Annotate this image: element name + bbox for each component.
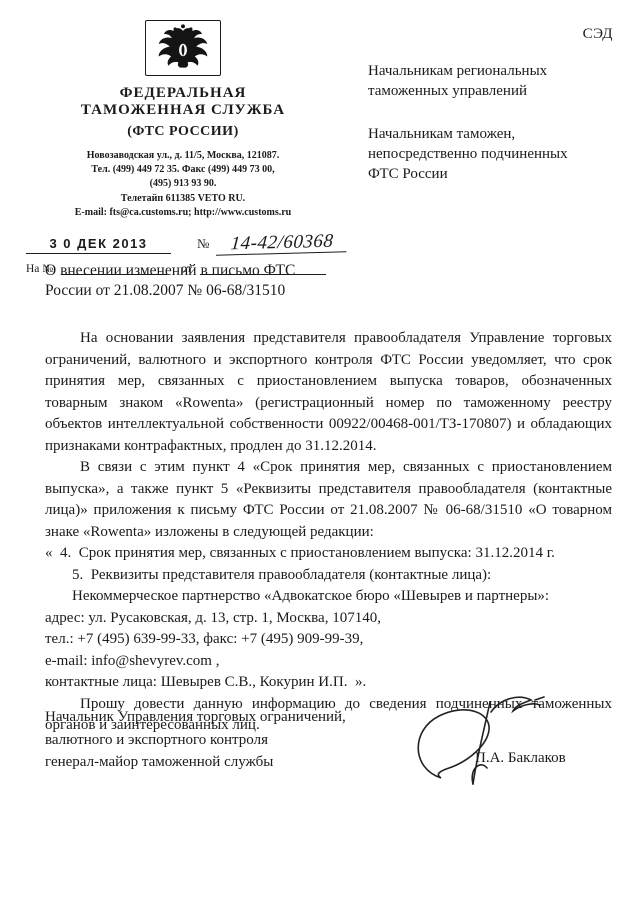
subject: О внесении изменений в письмо ФТС России… — [45, 261, 395, 302]
signature-block: Начальник Управления торговых ограничени… — [45, 706, 612, 806]
date-stamp: 3 0 ДЕК 2013 — [26, 236, 171, 254]
coat-of-arms-icon — [152, 23, 214, 74]
handwritten-signature-icon — [407, 688, 577, 798]
org-name-line2: ТАМОЖЕННАЯ СЛУЖБА — [18, 102, 348, 119]
signature-area: П.А. Баклаков — [417, 706, 612, 806]
org-abbrev: (ФТС РОССИИ) — [18, 124, 348, 140]
sed-marker: СЭД — [368, 26, 613, 43]
body-paragraph-1: На основании заявления представителя пра… — [45, 328, 612, 457]
addressee-second-line3: ФТС России — [368, 165, 613, 185]
reference-row: 3 0 ДЕК 2013 № 14-42/60368 — [18, 233, 348, 254]
rightsholder-representative: Некоммерческое партнерство «Адвокатское … — [45, 586, 612, 608]
addressee-second: Начальникам таможен, непосредственно под… — [368, 125, 613, 185]
org-phone-fax: Тел. (499) 449 72 35. Факс (499) 449 73 … — [18, 163, 348, 177]
org-teletype: Телетайп 611385 VETO RU. — [18, 192, 348, 206]
representative-phone-fax: тел.: +7 (495) 639-99-33, факс: +7 (495)… — [45, 629, 612, 651]
representative-email: e-mail: info@shevyrev.com , — [45, 651, 612, 673]
addressee-second-line2: непосредственно подчиненных — [368, 145, 613, 165]
addressee-column: СЭД Начальникам региональных таможенных … — [368, 26, 613, 185]
addressee-first: Начальникам региональных таможенных упра… — [368, 62, 613, 102]
scanned-letter-page: ФЕДЕРАЛЬНАЯ ТАМОЖЕННАЯ СЛУЖБА (ФТС РОССИ… — [0, 0, 640, 905]
addressee-second-line1: Начальникам таможен, — [368, 125, 613, 145]
letter-body: На основании заявления представителя пра… — [45, 328, 612, 737]
org-postal-address: Новозаводская ул., д. 11/5, Москва, 1210… — [18, 149, 348, 163]
subject-line1: О внесении изменений в письмо ФТС — [45, 261, 395, 281]
signer-position-line2: валютного и экспортного контроля — [45, 729, 346, 752]
number-sign: № — [197, 236, 209, 254]
addressee-first-line1: Начальникам региональных — [368, 62, 613, 82]
org-phone2: (495) 913 93 90. — [18, 177, 348, 191]
signer-position: Начальник Управления торговых ограничени… — [45, 706, 346, 806]
coat-of-arms-box — [145, 20, 221, 76]
org-name-line1: ФЕДЕРАЛЬНАЯ — [18, 85, 348, 102]
signer-position-line3: генерал-майор таможенной службы — [45, 751, 346, 774]
body-paragraph-2: В связи с этим пункт 4 «Срок принятия ме… — [45, 457, 612, 543]
representative-address: адрес: ул. Русаковская, д. 13, стр. 1, М… — [45, 608, 612, 630]
subject-line2: России от 21.08.2007 № 06-68/31510 — [45, 281, 395, 301]
signer-position-line1: Начальник Управления торговых ограничени… — [45, 706, 346, 729]
outgoing-number-handwritten: 14-42/60368 — [216, 231, 348, 255]
revised-item-5: 5. Реквизиты представителя правообладате… — [45, 565, 612, 587]
org-contact-block: Новозаводская ул., д. 11/5, Москва, 1210… — [18, 149, 348, 220]
signer-name: П.А. Баклаков — [475, 750, 566, 767]
addressee-first-line2: таможенных управлений — [368, 82, 613, 102]
letterhead: ФЕДЕРАЛЬНАЯ ТАМОЖЕННАЯ СЛУЖБА (ФТС РОССИ… — [18, 20, 348, 275]
org-email-web: E-mail: fts@ca.customs.ru; http://www.cu… — [18, 206, 348, 220]
revised-item-4: « 4. Срок принятия мер, связанных с прио… — [45, 543, 612, 565]
